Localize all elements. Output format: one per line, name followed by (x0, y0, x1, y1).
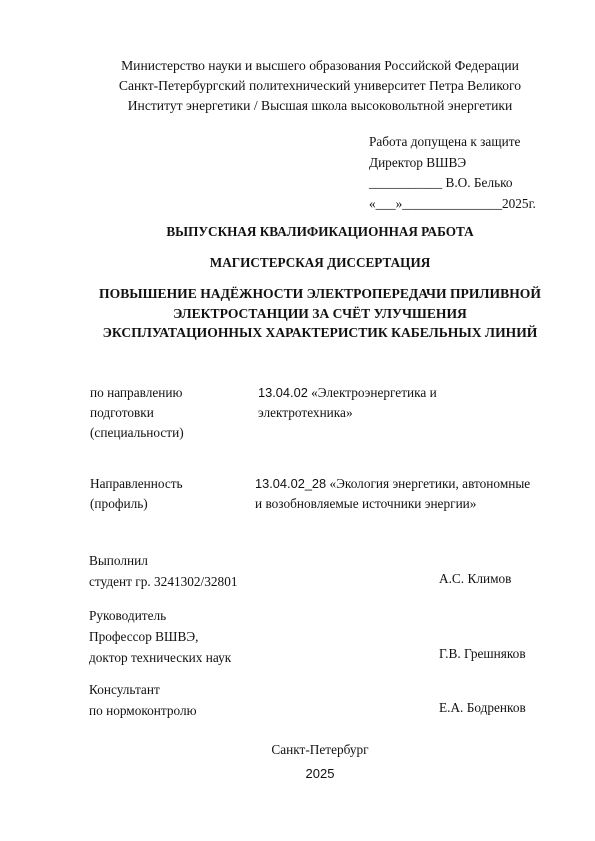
direction-label-line: (специальности) (90, 423, 184, 443)
signature-role-line: Выполнил (89, 550, 238, 571)
profile-label: Направленность (профиль) (90, 474, 183, 514)
direction-value: 13.04.02 «Электроэнергетика и электротех… (258, 383, 437, 423)
direction-code: 13.04.02 (258, 385, 308, 400)
profile-value-line: 13.04.02_28 «Экология энергетики, автоно… (255, 474, 530, 494)
thesis-topic: ПОВЫШЕНИЕ НАДЁЖНОСТИ ЭЛЕКТРОПЕРЕДАЧИ ПРИ… (0, 284, 595, 343)
direction-label: по направлению подготовки (специальности… (90, 383, 184, 443)
profile-code: 13.04.02_28 (255, 476, 326, 491)
degree-title: МАГИСТЕРСКАЯ ДИССЕРТАЦИЯ (0, 255, 595, 271)
signature-consultant-role: Консультант по нормоконтролю (89, 679, 197, 721)
university-line: Санкт-Петербургский политехнический унив… (0, 76, 595, 96)
signature-role-line: Профессор ВШВЭ, (89, 626, 231, 647)
topic-line: ЭКСПЛУАТАЦИОННЫХ ХАРАКТЕРИСТИК КАБЕЛЬНЫХ… (0, 323, 595, 343)
profile-label-line: (профиль) (90, 494, 183, 514)
direction-name: «Электроэнергетика и (308, 385, 437, 400)
signature-role-line: студент гр. 3241302/32801 (89, 571, 238, 592)
approver-signature: ___________ В.О. Белько (369, 173, 536, 194)
approver-title: Директор ВШВЭ (369, 153, 536, 174)
work-type-title: ВЫПУСКНАЯ КВАЛИФИКАЦИОННАЯ РАБОТА (0, 224, 595, 240)
signature-consultant-name: Е.А. Бодренков (439, 700, 526, 716)
direction-value-line: 13.04.02 «Электроэнергетика и (258, 383, 437, 403)
signature-student-name: А.С. Климов (439, 571, 511, 587)
signature-role-line: по нормоконтролю (89, 700, 197, 721)
approval-caption: Работа допущена к защите (369, 132, 536, 153)
institution-header: Министерство науки и высшего образования… (0, 56, 595, 116)
approval-date: «___»_______________2025г. (369, 194, 536, 215)
profile-name: «Экология энергетики, автономные (326, 476, 530, 491)
direction-label-line: по направлению (90, 383, 184, 403)
topic-line: ПОВЫШЕНИЕ НАДЁЖНОСТИ ЭЛЕКТРОПЕРЕДАЧИ ПРИ… (0, 284, 595, 304)
signature-student-role: Выполнил студент гр. 3241302/32801 (89, 550, 238, 592)
profile-label-line: Направленность (90, 474, 183, 494)
topic-line: ЭЛЕКТРОСТАНЦИИ ЗА СЧЁТ УЛУЧШЕНИЯ (0, 304, 595, 324)
direction-value-line: электротехника» (258, 403, 437, 423)
year: 2025 (0, 766, 595, 781)
profile-value-line: и возобновляемые источники энергии» (255, 494, 530, 514)
ministry-line: Министерство науки и высшего образования… (0, 56, 595, 76)
signature-role-line: Консультант (89, 679, 197, 700)
profile-value: 13.04.02_28 «Экология энергетики, автоно… (255, 474, 530, 514)
institute-line: Институт энергетики / Высшая школа высок… (0, 96, 595, 116)
city: Санкт-Петербург (0, 742, 595, 758)
approval-block: Работа допущена к защите Директор ВШВЭ _… (369, 132, 536, 214)
signature-role-line: Руководитель (89, 605, 231, 626)
signature-supervisor-name: Г.В. Грешняков (439, 646, 526, 662)
signature-supervisor-role: Руководитель Профессор ВШВЭ, доктор техн… (89, 605, 231, 668)
signature-role-line: доктор технических наук (89, 647, 231, 668)
direction-label-line: подготовки (90, 403, 184, 423)
